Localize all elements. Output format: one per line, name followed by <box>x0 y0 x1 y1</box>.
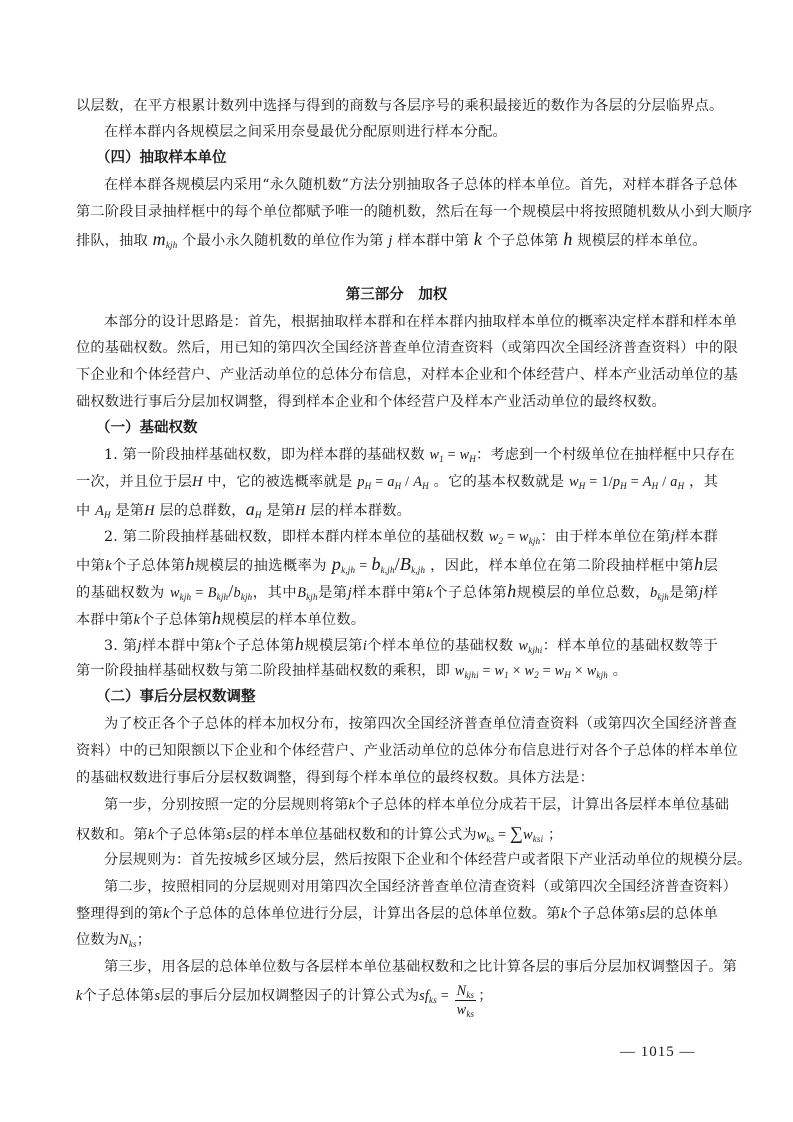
math-wkjhi-product-formula: wkjhi = w1 × w2 = wH × wkjh <box>455 663 608 679</box>
text-span: 层的样本单位基础权数和的计算公式为 <box>232 827 477 843</box>
text-span: 样本群 <box>675 529 718 545</box>
math-bkjh: bkjh <box>650 585 669 601</box>
text-span: ； <box>543 827 562 843</box>
math-wkjh-formula: wkjh = Bkjh/bkjh <box>170 585 252 601</box>
math-h: h <box>694 554 703 574</box>
paragraph-line: 1. 第一阶段抽样基础权数，即为样本群的基础权数 w1 = wH：考虑到一个村级… <box>104 445 718 465</box>
text-span: 层的总体单 <box>646 906 718 922</box>
text-span: 个子总体第 <box>154 827 226 843</box>
math-h: h <box>295 634 304 654</box>
part-title: 第三部分 加权 <box>0 285 793 305</box>
text-span: 。它的基本权数就是 <box>429 474 569 490</box>
text-span: ； <box>478 988 492 1004</box>
text-span: 2. 第二阶段抽样基础权数，即样本群内样本单位的基础权数 <box>104 529 489 545</box>
math-sfks-formula: sfks = Nkswks <box>419 988 478 1004</box>
paragraph-line: 以层数，在平方根累计数列中选择与得到的商数与各层序号的乘积最接近的数作为各层的分… <box>76 96 718 116</box>
paragraph-line: 中第k个子总体第h规模层的抽选概率为 pk,jh = bk,jh/Bk,jh ，… <box>76 554 718 576</box>
text-span: ：样本单位的基础权数等于 <box>542 638 718 654</box>
paragraph-line: k个子总体第s层的事后分层加权调整因子的计算公式为sfks = Nkswks； <box>76 982 718 1019</box>
text-span: 第一步，分别按照一定的分层规则将第 <box>104 797 349 813</box>
text-span: 是第 <box>111 503 145 519</box>
text-span: 一次，并且位于层 <box>76 474 192 490</box>
text-span: 是第 <box>262 503 296 519</box>
paragraph-line: 一次，并且位于层H 中，它的被选概率就是 pH = aH / AH 。它的基本权… <box>76 472 718 492</box>
paragraph-line: 资料）中的已知限额以下企业和个体经营户、产业活动单位的总体分布信息进行对各个子总… <box>76 741 718 761</box>
section-heading-post-stratification: （二）事后分层权数调整 <box>96 687 256 707</box>
math-wH-formula: wH = 1/pH = AH / aH <box>569 474 684 490</box>
text-span: 个子总体第 <box>222 638 295 654</box>
paragraph-line: 排队，抽取 mkjh 个最小永久随机数的单位作为第 j 样本群中第 k 个子总体… <box>76 229 718 251</box>
paragraph-line: 本群中第k个子总体第h规模层的样本单位数。 <box>76 608 718 630</box>
text-span: 位数为 <box>76 932 119 948</box>
math-h: h <box>212 608 221 628</box>
text-span: 规模层第 <box>304 638 363 654</box>
paragraph-line: 第三步，用各层的总体单位数与各层样本单位基础权数和之比计算各层的事后分层加权调整… <box>104 957 718 977</box>
math-H: H <box>192 474 202 490</box>
text-span: 个子总体的总体单位进行分层，计算出各层的总体单位数。第 <box>169 906 560 922</box>
paragraph-line: 3. 第j样本群中第k个子总体第h规模层第i个样本单位的基础权数 wkjhi：样… <box>104 634 718 656</box>
fraction: Nkswks <box>455 982 477 1019</box>
text-span: 。 <box>608 663 627 679</box>
paragraph-line: 第二阶段目录抽样框中的每个单位都赋予唯一的随机数，然后在每一个规模层中将按照随机… <box>76 202 718 222</box>
text-span: 样本群中第 <box>392 233 473 249</box>
text-span: 个子总体第 <box>112 558 186 574</box>
text-span: 层 <box>703 558 718 574</box>
text-span: 层的样本群数。 <box>306 503 411 519</box>
paragraph-line: 位数为Nks； <box>76 930 718 950</box>
paragraph-line: 分层规则为：首先按城乡区域分层，然后按限下企业和个体经营户或者限下产业活动单位的… <box>104 850 718 870</box>
text-span: ； <box>137 932 151 948</box>
math-w2-eq-wkjh: w2 = wkjh <box>489 529 540 545</box>
text-span: 1. 第一阶段抽样基础权数，即为样本群的基础权数 <box>104 447 430 463</box>
text-span: 本群中第 <box>76 612 134 628</box>
text-span: 个子总体的样本单位分成若干层，计算出各层样本单位基础 <box>355 797 729 813</box>
text-span: 权数和。第 <box>76 827 148 843</box>
text-span: 个最小永久随机数的单位作为第 <box>177 233 388 249</box>
text-span: 整理得到的第 <box>76 906 163 922</box>
math-AH: AH <box>95 503 111 519</box>
paragraph-line: 第二步，按照相同的分层规则对用第四次全国经济普查单位清查资料（或第四次全国经济普… <box>104 877 718 897</box>
text-span: 个子总体第 <box>482 233 563 249</box>
text-span: 中第 <box>76 558 105 574</box>
paragraph-line: 第一阶段抽样基础权数与第二阶段抽样基础权数的乘积，即 wkjhi = w1 × … <box>76 661 718 681</box>
paragraph-line: 在样本群内各规模层之间采用奈曼最优分配原则进行样本分配。 <box>104 122 718 142</box>
text-span: 规模层的单位总数， <box>516 585 650 601</box>
paragraph-line: 的基础权数为 wkjh = Bkjh/bkjh，其中Bkjh是第j样本群中第k个… <box>76 581 718 603</box>
text-span: 3. 第 <box>104 638 138 654</box>
text-span: 个子总体第 <box>433 585 507 601</box>
paragraph-line: 础权数进行事后分层加权调整，得到样本企业和个体经营户及样本产业活动单位的最终权数… <box>76 392 718 412</box>
text-span: ，其中 <box>252 585 297 601</box>
paragraph-line: 下企业和个体经营户、产业活动单位的总体分布信息，对样本企业和个体经营户、样本产业… <box>76 365 718 385</box>
paragraph-line: 中 AH 是第H 层的总群数，aH 是第H 层的样本群数。 <box>76 499 718 521</box>
text-span: 规模层的样本单位数。 <box>221 612 365 628</box>
text-span: 第一阶段抽样基础权数与第二阶段抽样基础权数的乘积，即 <box>76 663 455 679</box>
text-span: 的基础权数为 <box>76 585 170 601</box>
text-span: 个子总体第 <box>140 612 212 628</box>
text-span: 规模层的样本单位。 <box>573 233 707 249</box>
text-span: 样 <box>703 585 718 601</box>
text-span: 个子总体第 <box>567 906 640 922</box>
text-span: ：由于样本单位在第 <box>540 529 670 545</box>
text-span: 规模层的抽选概率为 <box>195 558 332 574</box>
text-span: ，因此，样本单位在第二阶段抽样框中第 <box>425 558 694 574</box>
text-span: 中 <box>76 503 95 519</box>
text-span: 个样本单位的基础权数 <box>367 638 518 654</box>
math-H: H <box>295 503 305 519</box>
paragraph-line: 的基础权数进行事后分层权数调整，得到每个样本单位的最终权数。具体方法是： <box>76 768 718 788</box>
text-span: 是第 <box>669 585 699 601</box>
text-span: 样本群中第 <box>142 638 215 654</box>
text-span: 排队，抽取 <box>76 233 153 249</box>
page-number: — 1015 — <box>620 1044 696 1061</box>
text-span: ：考虑到一个村级单位在抽样框中只存在 <box>476 447 735 463</box>
math-pH-formula: pH = aH / AH <box>357 474 428 490</box>
paragraph-line: 位的基础权数。然后，用已知的第四次全国经济普查单位清查资料（或第四次全国经济普查… <box>76 338 718 358</box>
text-span: 层的事后分层加权调整因子的计算公式为 <box>160 988 419 1004</box>
paragraph-line: 权数和。第k个子总体第s层的样本单位基础权数和的计算公式为wks = ∑wksi… <box>76 823 718 845</box>
paragraph-line: 整理得到的第k个子总体的总体单位进行分层，计算出各层的总体单位数。第k个子总体第… <box>76 904 718 924</box>
section-heading-base-weights: （一）基础权数 <box>96 418 198 438</box>
math-H: H <box>144 503 154 519</box>
math-Nks: Nks <box>119 932 137 948</box>
math-p-kjh-formula: pk,jh = bk,jh/Bk,jh <box>332 558 425 574</box>
text-span: ，其 <box>684 474 718 490</box>
document-page: 以层数，在平方根累计数列中选择与得到的商数与各层序号的乘积最接近的数作为各层的分… <box>0 0 793 1122</box>
text-span: 样本群中第 <box>352 585 426 601</box>
math-aH: aH <box>246 499 262 519</box>
paragraph-line: 第一步，分别按照一定的分层规则将第k个子总体的样本单位分成若干层，计算出各层样本… <box>104 795 718 815</box>
section-heading-sample-unit-selection: （四）抽取样本单位 <box>96 148 227 168</box>
paragraph-line: 2. 第二阶段抽样基础权数，即样本群内样本单位的基础权数 w2 = wkjh：由… <box>104 527 718 547</box>
text-span: 个子总体第 <box>83 988 155 1004</box>
math-w1-eq-wH: w1 = wH <box>430 447 476 463</box>
text-span: 是第 <box>318 585 348 601</box>
math-m-kjh: mkjh <box>153 229 178 249</box>
math-wkjhi: wkjhi <box>518 638 542 654</box>
math-h: h <box>185 554 194 574</box>
paragraph-line: 在样本群各规模层内采用“永久随机数”方法分别抽取各子总体的样本单位。首先，对样本… <box>104 175 718 195</box>
math-Bkjh: Bkjh <box>297 585 317 601</box>
math-h: h <box>563 229 572 249</box>
math-k: k <box>474 229 482 249</box>
text-span: 层的总群数， <box>155 503 246 519</box>
math-wks-sum-formula: wks = ∑wksi <box>477 827 544 843</box>
text-span: 中，它的被选概率就是 <box>203 474 358 490</box>
paragraph-line: 本部分的设计思路是：首先，根据抽取样本群和在样本群内抽取样本单位的概率决定样本群… <box>104 312 718 332</box>
paragraph-line: 为了校正各个子总体的样本加权分布，按第四次全国经济普查单位清查资料（或第四次全国… <box>104 714 718 734</box>
